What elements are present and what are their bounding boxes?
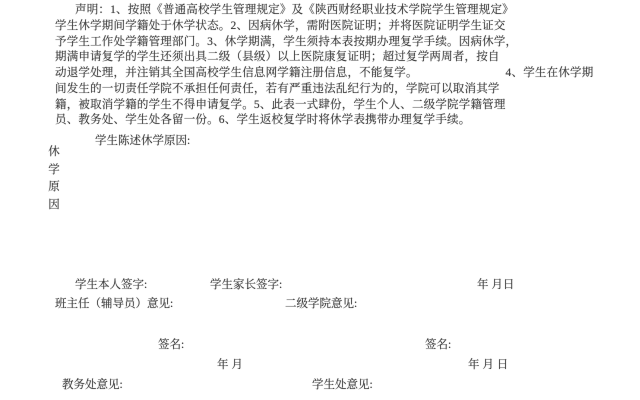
date-placeholder: 年 月 日 bbox=[468, 356, 508, 372]
parent-signature-label: 学生家长签字: bbox=[210, 276, 282, 292]
student-office-opinion-label: 学生处意见: bbox=[312, 376, 373, 392]
date-placeholder: 年 月 bbox=[217, 356, 243, 372]
vertical-label-char: 因 bbox=[47, 197, 61, 215]
declaration-line: 籍，被取消学籍的学生不得申请复学。5、此表一式肆份，学生个人、二级学院学籍管理 bbox=[55, 98, 595, 114]
scanned-form-page: 声明：1、按照《普通高校学生管理规定》及《陕西财经职业技术学院学生管理规定》 学… bbox=[0, 0, 640, 400]
vertical-label-char: 原 bbox=[47, 179, 61, 197]
declaration-line: 予学生工作处学籍管理部门。3、休学期满，学生须持本表按期办理复学手续。因病休学， bbox=[55, 35, 595, 51]
vertical-label-char: 学 bbox=[47, 162, 61, 180]
reason-prompt: 学生陈述休学原因: bbox=[95, 132, 190, 148]
student-signature-label: 学生本人签字: bbox=[75, 276, 147, 292]
date-placeholder: 年 月日 bbox=[477, 276, 514, 292]
signature-label: 签名: bbox=[158, 336, 184, 352]
declaration-line: 间发生的一切责任学院不承担任何责任，若有严重违法乱纪行为的，学院可以取消其学 bbox=[55, 82, 595, 98]
signature-label: 签名: bbox=[425, 336, 451, 352]
declaration-line: 员、教务处、学生处各留一份。6、学生返校复学时将休学表携带办理复学手续。 bbox=[55, 113, 595, 129]
declaration-line: 期满申请复学的学生还须出具二级（县级）以上医院康复证明；超过复学两周者，按自 bbox=[55, 50, 595, 66]
declaration-paragraph: 声明：1、按照《普通高校学生管理规定》及《陕西财经职业技术学院学生管理规定》 学… bbox=[55, 3, 595, 129]
vertical-label-char: 休 bbox=[47, 144, 61, 162]
reason-vertical-label: 休 学 原 因 bbox=[47, 144, 61, 215]
academic-office-opinion-label: 教务处意见: bbox=[62, 376, 123, 392]
declaration-line: 声明：1、按照《普通高校学生管理规定》及《陕西财经职业技术学院学生管理规定》 bbox=[55, 3, 595, 19]
head-teacher-opinion-label: 班主任（辅导员）意见: bbox=[55, 295, 173, 311]
declaration-line: 学生休学期间学籍处于休学状态。2、因病休学，需附医院证明；并将医院证明学生证交 bbox=[55, 19, 595, 35]
declaration-line: 动退学处理，并注销其全国高校学生信息网学籍注册信息，不能复学。 4、学生在休学期 bbox=[55, 66, 595, 82]
college-opinion-label: 二级学院意见: bbox=[285, 295, 357, 311]
